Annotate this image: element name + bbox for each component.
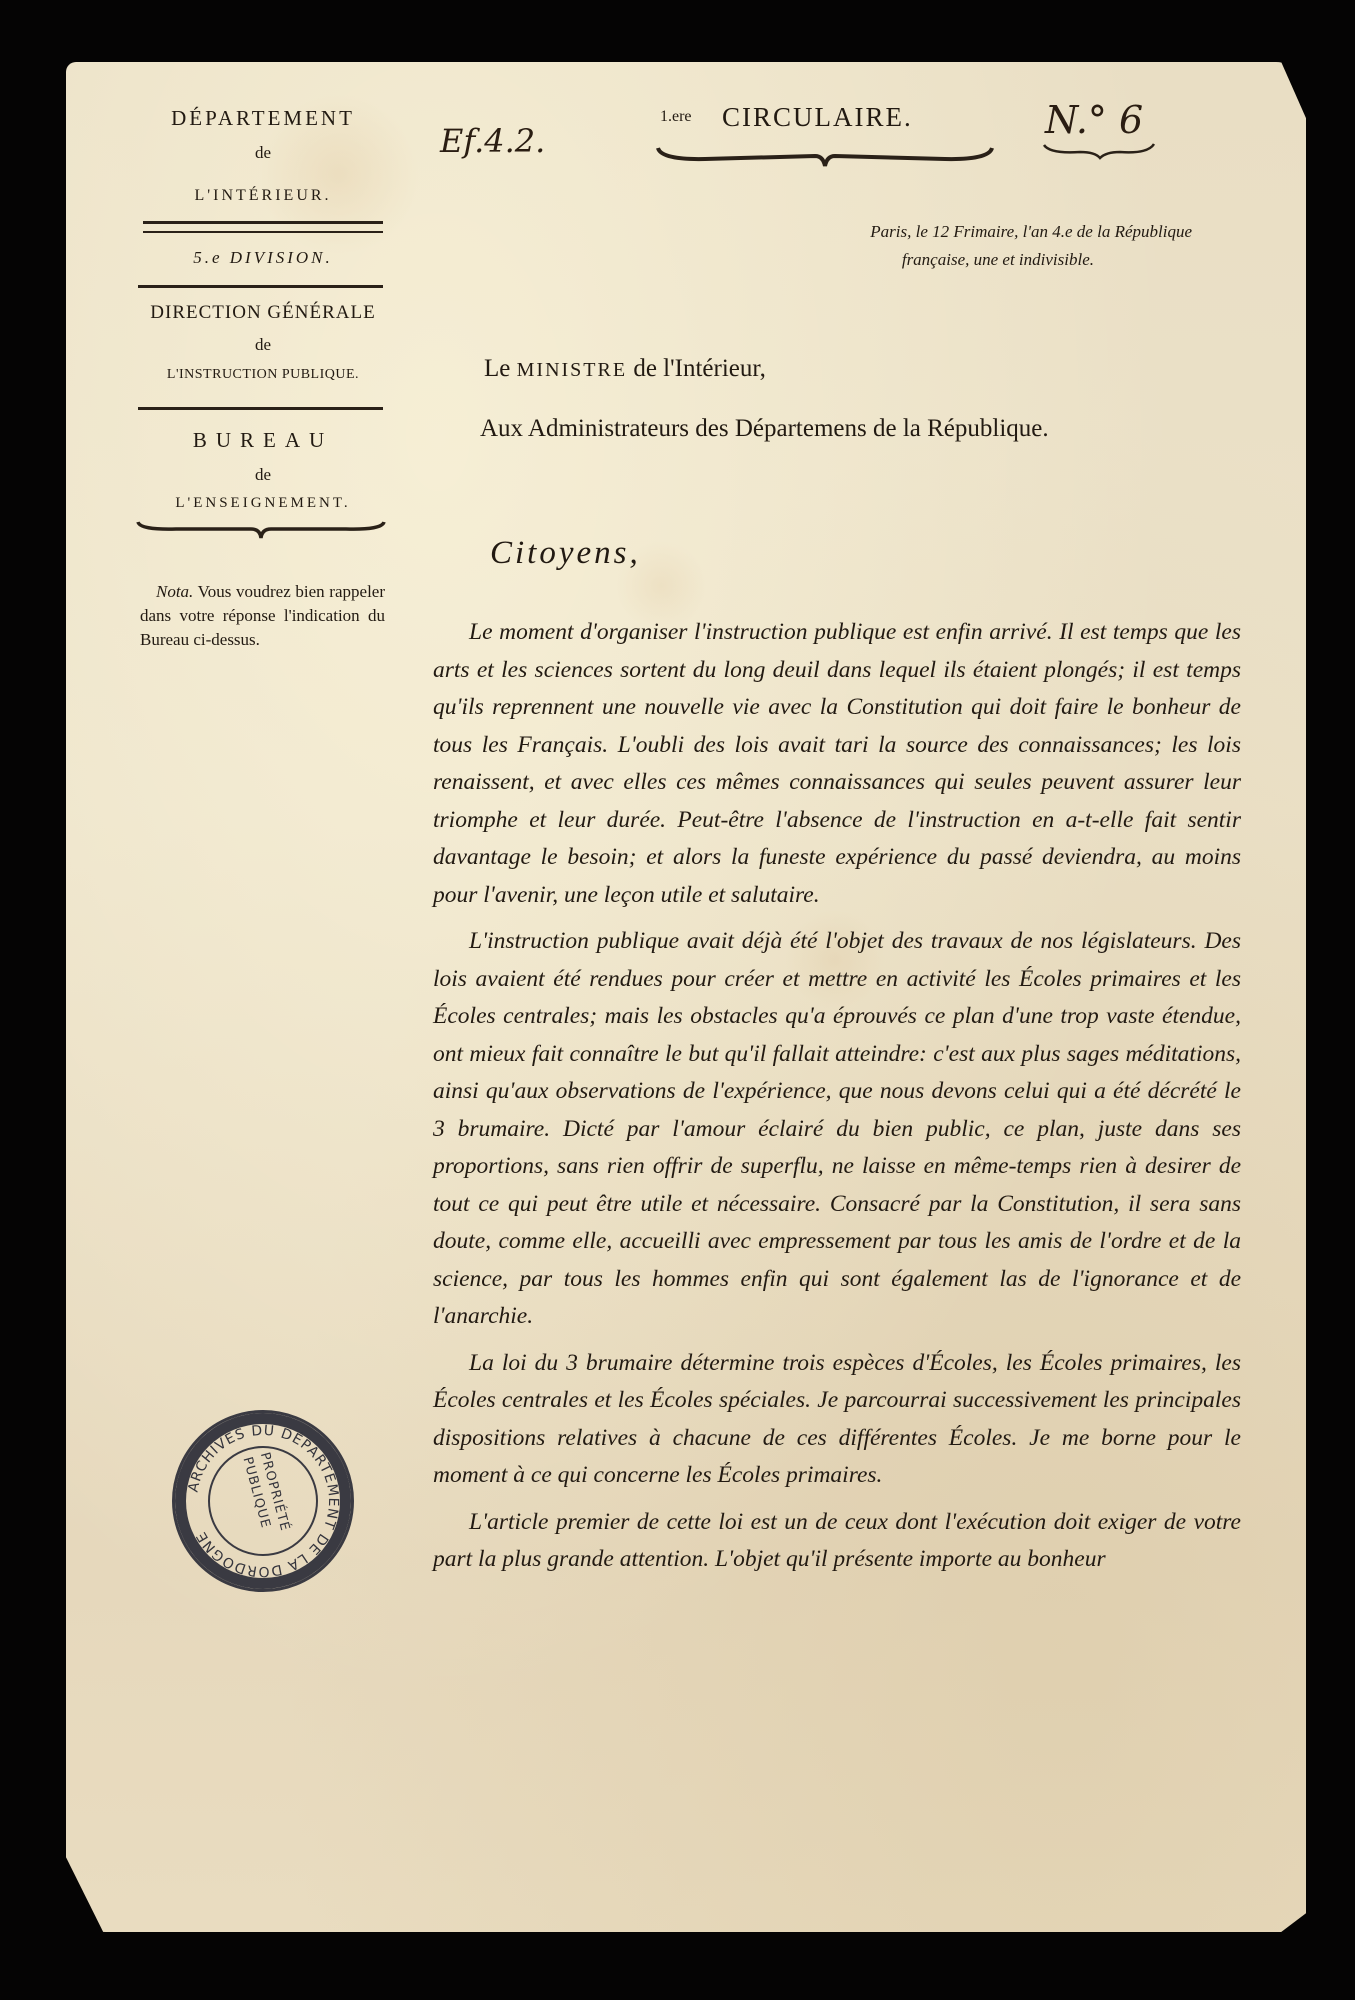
- circular-title: CIRCULAIRE.: [722, 102, 913, 133]
- body-paragraph: Le moment d'organiser l'instruction publ…: [433, 614, 1241, 914]
- recipient-line: Aux Administrateurs des Départemens de l…: [480, 415, 1049, 443]
- sender-le: Le: [484, 355, 510, 382]
- bureau-de: de: [138, 465, 388, 485]
- enseignement-heading: L'ENSEIGNEMENT.: [138, 495, 388, 512]
- date-line-2: française, une et indivisible.: [600, 246, 1192, 274]
- department-heading: DÉPARTEMENT: [138, 106, 388, 131]
- salutation: Citoyens,: [490, 535, 641, 572]
- nota-label: Nota.: [140, 582, 193, 601]
- nota-note: Nota. Vous voudrez bien rappeler dans vo…: [140, 580, 385, 652]
- circular-ordinal: 1.ere: [660, 108, 692, 126]
- date-line: Paris, le 12 Frimaire, l'an 4.e de la Ré…: [600, 218, 1192, 274]
- direction-de: de: [138, 335, 388, 355]
- letter-body: Le moment d'organiser l'instruction publ…: [433, 614, 1241, 1579]
- title-brace-ornament: [655, 144, 995, 174]
- handwritten-reference: Ef.4.2.: [440, 122, 545, 160]
- double-rule: [143, 221, 383, 233]
- handwritten-underline: [1040, 140, 1160, 162]
- archive-stamp: ARCHIVES DU DÉPARTEMENT DE LA DORDOGNE P…: [172, 1410, 354, 1592]
- sender-rest: de l'Intérieur,: [633, 355, 766, 382]
- division-label: 5.e DIVISION.: [138, 248, 388, 268]
- body-paragraph: L'article premier de cette loi est un de…: [433, 1504, 1241, 1579]
- body-paragraph: La loi du 3 brumaire détermine trois esp…: [433, 1345, 1241, 1495]
- instruction-heading: L'INSTRUCTION PUBLIQUE.: [138, 367, 388, 383]
- sender-line: Le Ministre de l'Intérieur,: [484, 355, 766, 383]
- sender-ministre: Ministre: [517, 359, 627, 381]
- brace-ornament: [136, 518, 386, 542]
- handwritten-number: N.° 6: [1045, 98, 1143, 142]
- interior-heading: L'INTÉRIEUR.: [138, 187, 388, 205]
- bureau-heading: BUREAU: [138, 428, 388, 453]
- divider-rule: [138, 407, 383, 410]
- direction-heading: DIRECTION GÉNÉRALE: [138, 302, 388, 324]
- date-line-1: Paris, le 12 Frimaire, l'an 4.e de la Ré…: [600, 218, 1192, 246]
- department-de: de: [138, 143, 388, 163]
- divider-rule: [138, 285, 383, 288]
- body-paragraph: L'instruction publique avait déjà été l'…: [433, 923, 1241, 1336]
